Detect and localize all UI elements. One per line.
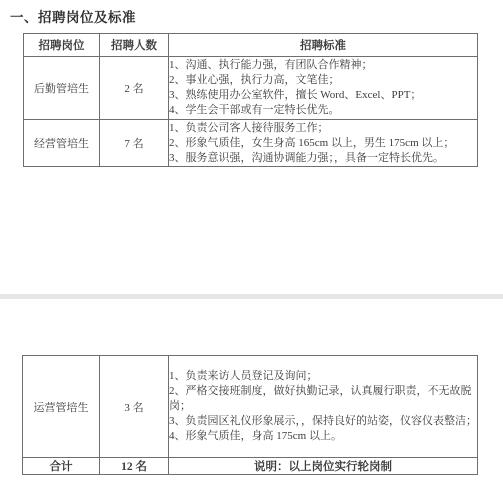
total-note-cell: 说明：以上岗位实行轮岗制 (169, 458, 478, 475)
count-cell: 7 名 (100, 120, 169, 167)
recruitment-table: 招聘岗位 招聘人数 招聘标准 后勤管培生 2 名 1、沟通、执行能力强，有团队合… (23, 33, 478, 167)
count-cell: 3 名 (100, 356, 169, 458)
document-page: 一、招聘岗位及标准 招聘岗位 招聘人数 招聘标准 后勤管培生 2 名 1、沟通、… (0, 0, 503, 488)
section-title: 一、招聘岗位及标准 (10, 6, 136, 26)
count-cell: 2 名 (100, 57, 169, 120)
criteria-cell: 1、沟通、执行能力强，有团队合作精神； 2、事业心强，执行力高，文笔佳； 3、熟… (169, 57, 478, 120)
position-cell: 运营管培生 (23, 356, 100, 458)
header-position: 招聘岗位 (24, 34, 100, 57)
header-count: 招聘人数 (100, 34, 169, 57)
total-label-cell: 合计 (23, 458, 100, 475)
criteria-cell: 1、负责来访人员登记及询问； 2、严格交接班制度，做好执勤记录，认真履行职责，不… (169, 356, 478, 458)
total-count-cell: 12 名 (100, 458, 169, 475)
table-row: 经营管培生 7 名 1、负责公司客人接待服务工作； 2、形象气质佳，女生身高 1… (24, 120, 478, 167)
criteria-cell: 1、负责公司客人接待服务工作； 2、形象气质佳，女生身高 165cm 以上，男生… (169, 120, 478, 167)
page-break-separator (0, 294, 503, 299)
header-criteria: 招聘标准 (169, 34, 478, 57)
table-row: 运营管培生 3 名 1、负责来访人员登记及询问； 2、严格交接班制度，做好执勤记… (23, 356, 478, 458)
position-cell: 经营管培生 (24, 120, 100, 167)
recruitment-table-continued: 运营管培生 3 名 1、负责来访人员登记及询问； 2、严格交接班制度，做好执勤记… (22, 355, 478, 475)
table-header-row: 招聘岗位 招聘人数 招聘标准 (24, 34, 478, 57)
position-cell: 后勤管培生 (24, 57, 100, 120)
total-row: 合计 12 名 说明：以上岗位实行轮岗制 (23, 458, 478, 475)
table-row: 后勤管培生 2 名 1、沟通、执行能力强，有团队合作精神； 2、事业心强，执行力… (24, 57, 478, 120)
